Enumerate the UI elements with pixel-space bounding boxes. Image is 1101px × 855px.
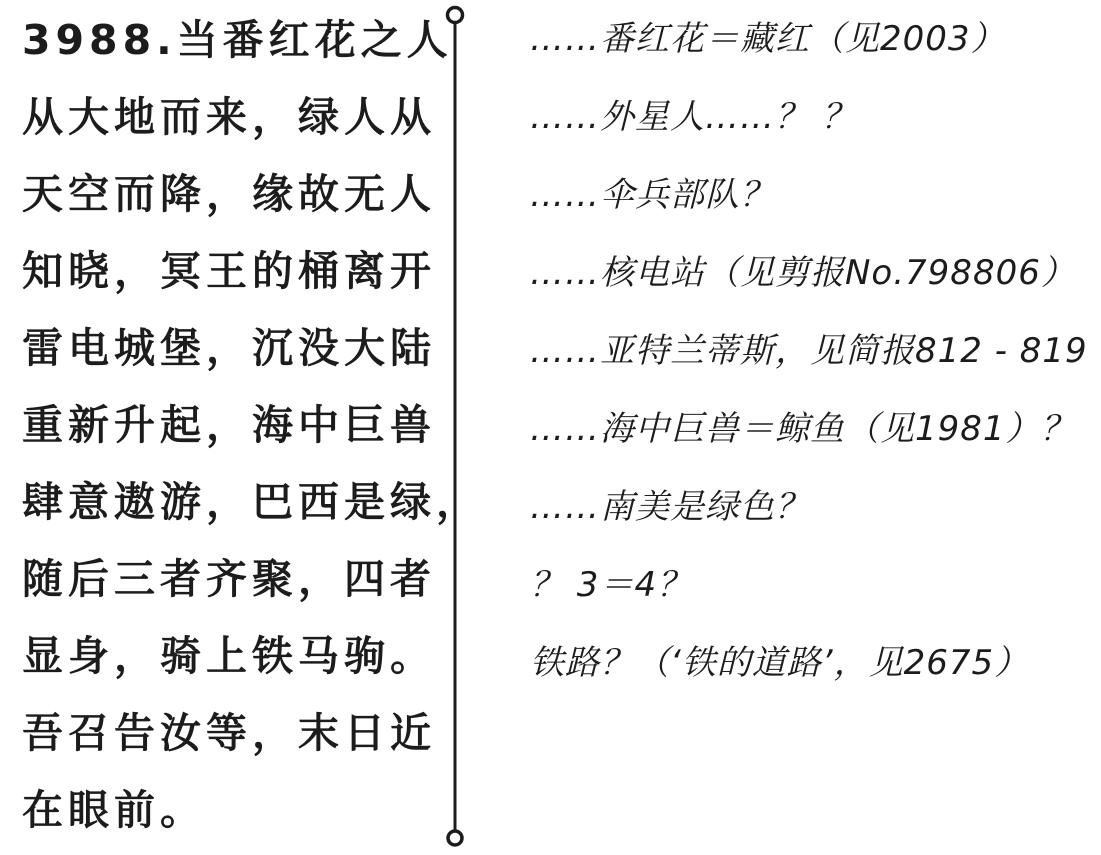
prophecy-line: 在眼前。 <box>22 772 442 849</box>
annotation-line: ……亚特兰蒂斯，见简报812 - 819 <box>530 312 1095 390</box>
prophecy-line: 随后三者齐聚，四者 <box>22 541 442 618</box>
annotation-line: ……海中巨兽＝鲸鱼（见1981）？ <box>530 390 1095 468</box>
prophecy-line: 雷电城堡，沉没大陆 <box>22 310 442 387</box>
prophecy-text-block: 3988.当番红花之人 从大地而来，绿人从 天空而降，缘故无人 知晓，冥王的桶离… <box>22 2 442 849</box>
prophecy-line: 从大地而来，绿人从 <box>22 79 442 156</box>
divider-bottom-circle-icon <box>448 831 462 845</box>
annotations-block: ……番红花＝藏红（见2003） ……外星人……？ ？ ……伞兵部队？ ……核电站… <box>530 0 1095 702</box>
prophecy-line: 知晓，冥王的桶离开 <box>22 233 442 310</box>
annotation-line: ？ 3＝4？ <box>530 546 1095 624</box>
prophecy-line: 显身，骑上铁马驹。 <box>22 618 442 695</box>
prophecy-line: 肆意遨游，巴西是绿， <box>22 464 442 541</box>
divider-top-circle-icon <box>448 8 463 23</box>
annotation-line: ……伞兵部队？ <box>530 156 1095 234</box>
divider-line <box>440 0 472 855</box>
notebook-page: 3988.当番红花之人 从大地而来，绿人从 天空而降，缘故无人 知晓，冥王的桶离… <box>0 0 1101 855</box>
prophecy-line: 吾召告汝等，末日近 <box>22 695 442 772</box>
prophecy-line: 3988.当番红花之人 <box>22 2 442 79</box>
prophecy-line: 重新升起，海中巨兽 <box>22 387 442 464</box>
annotation-line: ……核电站（见剪报No.798806） <box>530 234 1095 312</box>
annotation-line: ……南美是绿色？ <box>530 468 1095 546</box>
prophecy-line: 天空而降，缘故无人 <box>22 156 442 233</box>
annotation-line: 铁路？（‘铁的道路’，见2675） <box>530 624 1095 702</box>
annotation-line: ……外星人……？ ？ <box>530 78 1095 156</box>
annotation-line: ……番红花＝藏红（见2003） <box>530 0 1095 78</box>
